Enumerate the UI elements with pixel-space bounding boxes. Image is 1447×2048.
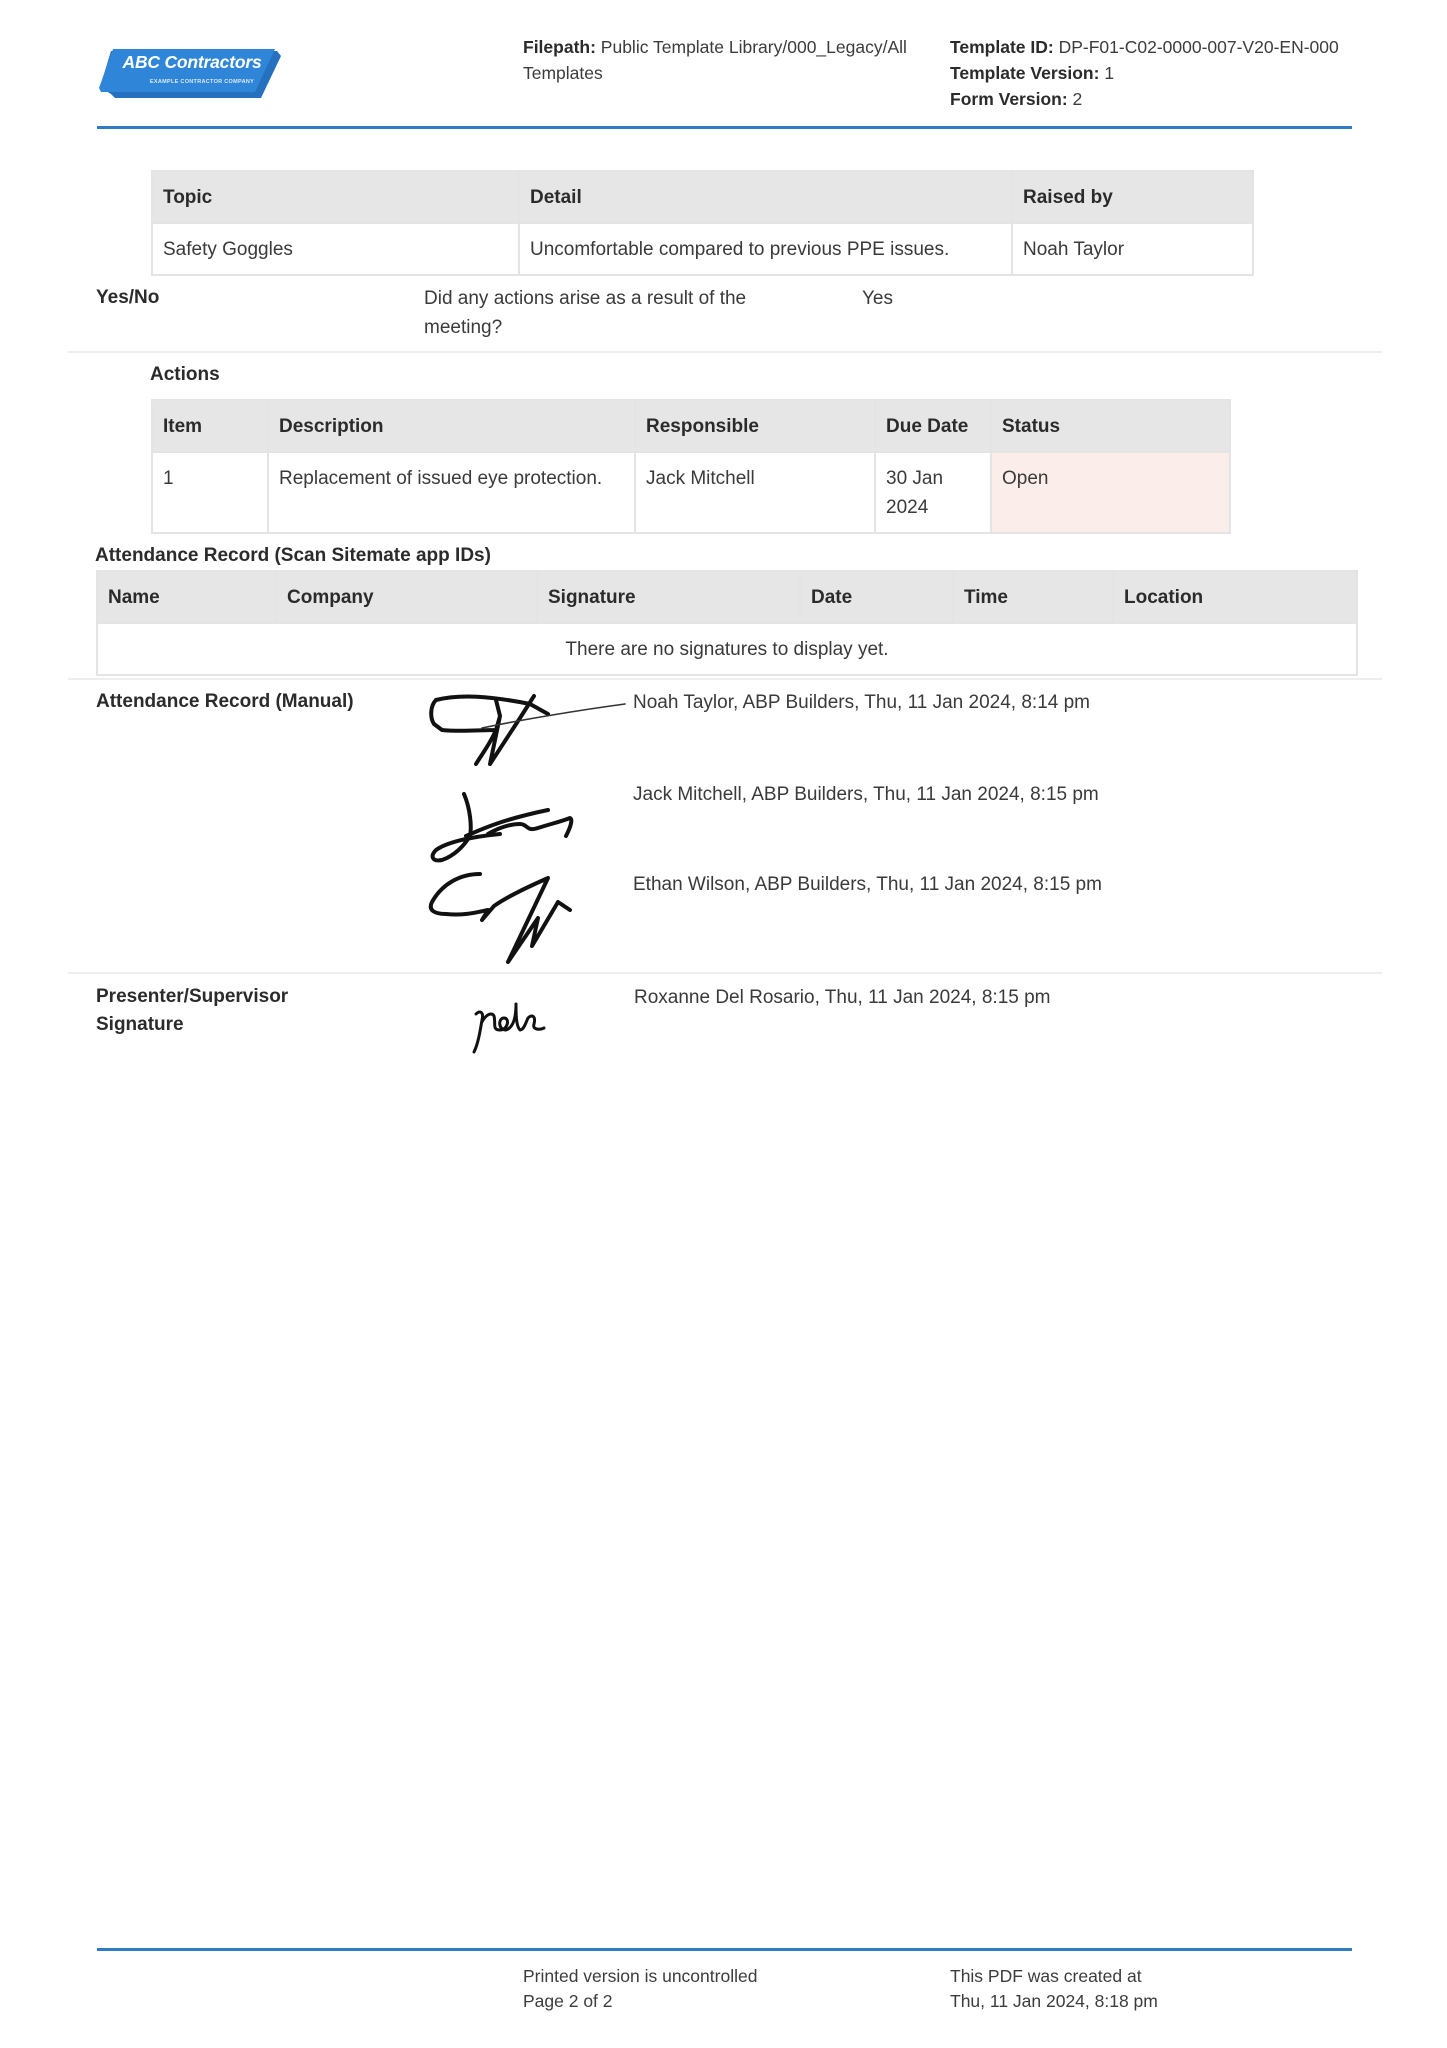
cell-item: 1 xyxy=(152,452,268,533)
form-version-value: 2 xyxy=(1073,89,1083,109)
column-header-due-date: Due Date xyxy=(875,400,991,452)
table-row: Safety Goggles Uncomfortable compared to… xyxy=(152,223,1253,275)
table-header-row: Item Description Responsible Due Date St… xyxy=(152,400,1230,452)
attendee-caption: Jack Mitchell, ABP Builders, Thu, 11 Jan… xyxy=(633,780,1099,809)
column-header-status: Status xyxy=(991,400,1230,452)
column-header-responsible: Responsible xyxy=(635,400,875,452)
header-rule xyxy=(97,126,1352,129)
table-row: There are no signatures to display yet. xyxy=(97,623,1357,675)
signature-roxanne-del-rosario-icon xyxy=(470,1000,565,1058)
column-header-date: Date xyxy=(800,571,953,623)
form-version: Form Version: 2 xyxy=(950,86,1370,112)
template-version-label: Template Version: xyxy=(950,63,1099,83)
filepath: Filepath: Public Template Library/000_Le… xyxy=(523,34,928,86)
presenter-caption: Roxanne Del Rosario, Thu, 11 Jan 2024, 8… xyxy=(634,983,1051,1012)
column-header-detail: Detail xyxy=(519,171,1012,223)
column-header-company: Company xyxy=(276,571,537,623)
presenter-label: Presenter/Supervisor Signature xyxy=(96,983,326,1039)
attendance-manual-label: Attendance Record (Manual) xyxy=(96,688,354,716)
status-badge: Open xyxy=(991,452,1230,533)
section-divider xyxy=(68,972,1382,974)
table-header-row: Topic Detail Raised by xyxy=(152,171,1253,223)
section-divider xyxy=(68,678,1382,680)
column-header-topic: Topic xyxy=(152,171,519,223)
template-info: Template ID: DP-F01-C02-0000-007-V20-EN-… xyxy=(950,34,1370,112)
page-number: Page 2 of 2 xyxy=(523,1989,757,2014)
template-version: Template Version: 1 xyxy=(950,60,1370,86)
signature-ethan-wilson-icon xyxy=(420,868,595,968)
created-label: This PDF was created at xyxy=(950,1964,1158,1989)
cell-raised-by: Noah Taylor xyxy=(1012,223,1253,275)
uncontrolled-note: Printed version is uncontrolled xyxy=(523,1964,757,1989)
footer-created: This PDF was created at Thu, 11 Jan 2024… xyxy=(950,1964,1158,2014)
footer-status: Printed version is uncontrolled Page 2 o… xyxy=(523,1964,757,2014)
topics-table: Topic Detail Raised by Safety Goggles Un… xyxy=(151,170,1254,276)
column-header-name: Name xyxy=(97,571,276,623)
attendance-scan-title: Attendance Record (Scan Sitemate app IDs… xyxy=(95,542,491,570)
yes-no-question: Did any actions arise as a result of the… xyxy=(424,284,774,342)
cell-detail: Uncomfortable compared to previous PPE i… xyxy=(519,223,1012,275)
table-header-row: Name Company Signature Date Time Locatio… xyxy=(97,571,1357,623)
form-version-label: Form Version: xyxy=(950,89,1068,109)
attendee-caption: Noah Taylor, ABP Builders, Thu, 11 Jan 2… xyxy=(633,688,1090,717)
column-header-time: Time xyxy=(953,571,1113,623)
column-header-description: Description xyxy=(268,400,635,452)
filepath-label: Filepath: xyxy=(523,37,596,57)
template-id: Template ID: DP-F01-C02-0000-007-V20-EN-… xyxy=(950,34,1370,60)
cell-topic: Safety Goggles xyxy=(152,223,519,275)
column-header-signature: Signature xyxy=(537,571,800,623)
section-divider xyxy=(68,351,1382,353)
table-row: 1 Replacement of issued eye protection. … xyxy=(152,452,1230,533)
cell-due-date: 30 Jan 2024 xyxy=(875,452,991,533)
actions-title: Actions xyxy=(150,361,220,389)
template-version-value: 1 xyxy=(1104,63,1114,83)
template-id-label: Template ID: xyxy=(950,37,1054,57)
yes-no-label: Yes/No xyxy=(96,284,159,312)
created-timestamp: Thu, 11 Jan 2024, 8:18 pm xyxy=(950,1989,1158,2014)
actions-table: Item Description Responsible Due Date St… xyxy=(151,399,1231,534)
logo-tagline: EXAMPLE CONTRACTOR COMPANY xyxy=(137,79,267,85)
cell-responsible: Jack Mitchell xyxy=(635,452,875,533)
column-header-location: Location xyxy=(1113,571,1357,623)
column-header-raised-by: Raised by xyxy=(1012,171,1253,223)
attendee-caption: Ethan Wilson, ABP Builders, Thu, 11 Jan … xyxy=(633,870,1102,899)
template-id-value: DP-F01-C02-0000-007-V20-EN-000 xyxy=(1059,37,1339,57)
column-header-item: Item xyxy=(152,400,268,452)
company-logo: ABC Contractors EXAMPLE CONTRACTOR COMPA… xyxy=(99,48,281,100)
footer-rule xyxy=(97,1948,1352,1951)
yes-no-answer: Yes xyxy=(862,284,893,313)
attendance-scan-table: Name Company Signature Date Time Locatio… xyxy=(96,570,1358,676)
signature-noah-taylor-icon xyxy=(420,688,630,770)
logo-name: ABC Contractors xyxy=(117,52,267,73)
empty-state-message: There are no signatures to display yet. xyxy=(97,623,1357,675)
signature-jack-mitchell-icon xyxy=(420,788,590,870)
cell-description: Replacement of issued eye protection. xyxy=(268,452,635,533)
